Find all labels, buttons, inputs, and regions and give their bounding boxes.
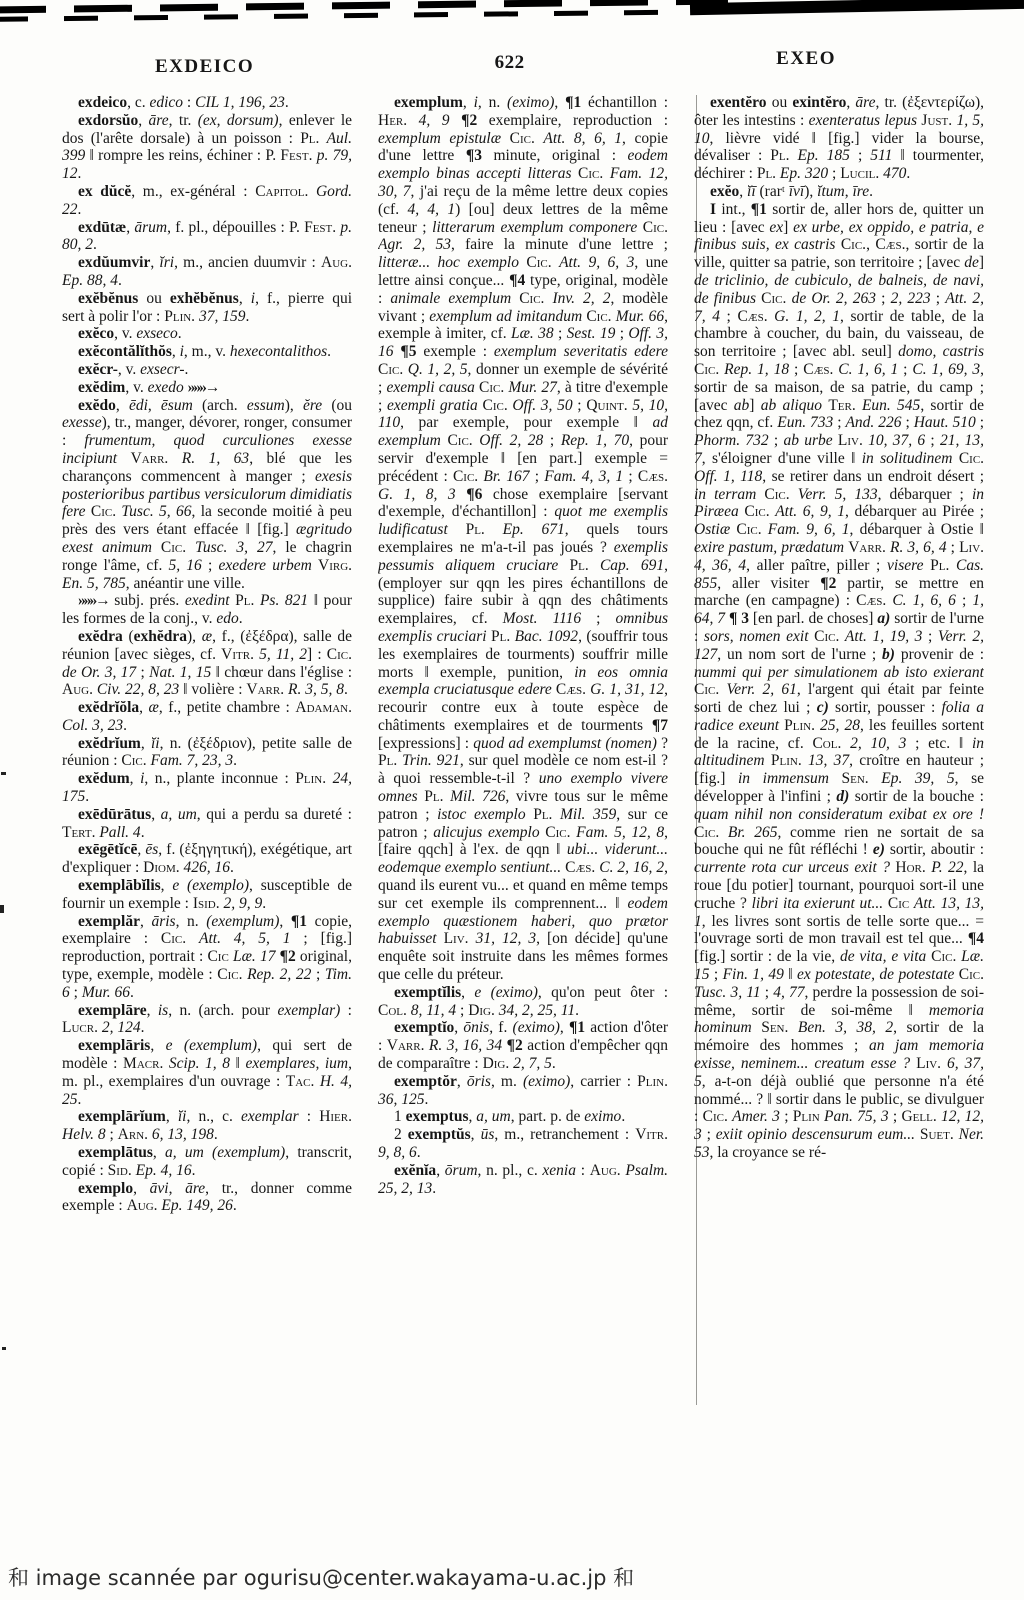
dictionary-entry: exĕdo, ēdi, ēsum (arch. essum), ĕre (ou … xyxy=(62,397,352,593)
dictionary-entry: ex dŭcĕ, m., ex-général : Capitol. Gord.… xyxy=(62,183,352,219)
dictionary-entry: exĕco, v. exseco. xyxy=(62,325,352,343)
scan-speck xyxy=(0,905,4,913)
page-number: 622 xyxy=(495,52,525,74)
dictionary-entry: »»»→ subj. prés. exedint Pl. Ps. 821 ‖ p… xyxy=(62,592,352,628)
dictionary-entry: exĕbĕnus ou exhĕbĕnus, i, f., pierre qui… xyxy=(62,290,352,326)
scan-edge-artifact xyxy=(690,0,1024,15)
guide-word-left: EXDEICO xyxy=(155,56,254,78)
dictionary-entry: exemptĭlis, e (eximo), qu'on peut ôter :… xyxy=(378,984,668,1020)
scan-speck xyxy=(2,1347,6,1350)
dictionary-entry: exemplāre, is, n. (arch. pour exemplar) … xyxy=(62,1002,352,1038)
dictionary-entry: exemplābĭlis, e (exemplo), susceptible d… xyxy=(62,877,352,913)
dictionary-entry: exēgētĭcē, ēs, f. (ἐξηγητική), exégétiqu… xyxy=(62,841,352,877)
scan-speck xyxy=(1,772,6,775)
dictionary-entry: exĕcontălĭthŏs, i, m., v. hexecontalitho… xyxy=(62,343,352,361)
column-3: exentĕro ou exintĕro, āre, tr. (ἐξεντερί… xyxy=(694,94,984,1542)
dictionary-entry: exēdūrātus, a, um, qui a perdu sa dureté… xyxy=(62,806,352,842)
dictionary-entry: exdorsŭo, āre, tr. (ex, dorsum), enlever… xyxy=(62,112,352,183)
dictionary-entry: exemplātus, a, um (exemplum), transcrit,… xyxy=(62,1144,352,1180)
dictionary-entry: exdeico, c. edico : CIL 1, 196, 23. xyxy=(62,94,352,112)
guide-word-right: EXEO xyxy=(776,48,836,70)
column-1: exdeico, c. edico : CIL 1, 196, 23.exdor… xyxy=(62,94,352,1542)
dictionary-entry: exemplăr, āris, n. (exemplum), ¶1 copie,… xyxy=(62,913,352,1002)
scan-credit: 和 image scannée par ogurisu@center.wakay… xyxy=(8,1562,634,1592)
dictionary-page: EXDEICO 622 EXEO exdeico, c. edico : CIL… xyxy=(0,0,1024,1600)
dictionary-entry: exĕdum, i, n., plante inconnue : Plin. 2… xyxy=(62,770,352,806)
dictionary-entry: exĕnĭa, ōrum, n. pl., c. xenia : Aug. Ps… xyxy=(378,1162,668,1198)
dictionary-entry: exĕdra (exhĕdra), æ, f., (ἐξέδρα), salle… xyxy=(62,628,352,699)
dictionary-entry: exĕo, ĭī (rarᵗ īvī), ĭtum, īre. xyxy=(694,183,984,201)
dictionary-entry: exemplārĭum, ĭi, n., c. exemplar : Hier.… xyxy=(62,1108,352,1144)
dictionary-entry: exĕdrĭum, ĭi, n. (ἐξέδριον), petite sall… xyxy=(62,735,352,771)
dictionary-entry: exemplo, āvi, āre, tr., donner comme exe… xyxy=(62,1180,352,1216)
dictionary-entry: exemptŏr, ōris, m. (eximo), carrier : Pl… xyxy=(378,1073,668,1109)
dictionary-entry: exdŭumvir, ĭri, m., ancien duumvir : Aug… xyxy=(62,254,352,290)
dictionary-entry: 2 exemptŭs, ūs, m., retranchement : Vitr… xyxy=(378,1126,668,1162)
dictionary-entry: exemplāris, e (exemplum), qui sert de mo… xyxy=(62,1037,352,1108)
dictionary-entry: exemplum, i, n. (eximo), ¶1 échantillon … xyxy=(378,94,668,984)
page-header: EXDEICO 622 EXEO xyxy=(0,52,1024,80)
dictionary-entry: 1 exemptus, a, um, part. p. de eximo. xyxy=(378,1108,668,1126)
column-2: exemplum, i, n. (eximo), ¶1 échantillon … xyxy=(378,94,668,1542)
dictionary-entry: exĕdim, v. exedo »»»→ xyxy=(62,379,352,397)
dictionary-entry: exĕdrĭŏla, æ, f., petite chambre : Adama… xyxy=(62,699,352,735)
dictionary-entry: I int., ¶1 sortir de, aller hors de, qui… xyxy=(694,201,984,1162)
dictionary-entry: exĕcr-, v. exsecr-. xyxy=(62,361,352,379)
text-columns: exdeico, c. edico : CIL 1, 196, 23.exdor… xyxy=(62,94,984,1542)
dictionary-entry: exemptĭo, ōnis, f. (eximo), ¶1 action d'… xyxy=(378,1019,668,1072)
dictionary-entry: exdūtæ, ārum, f. pl., dépouilles : P. Fe… xyxy=(62,219,352,255)
dictionary-entry: exentĕro ou exintĕro, āre, tr. (ἐξεντερί… xyxy=(694,94,984,183)
